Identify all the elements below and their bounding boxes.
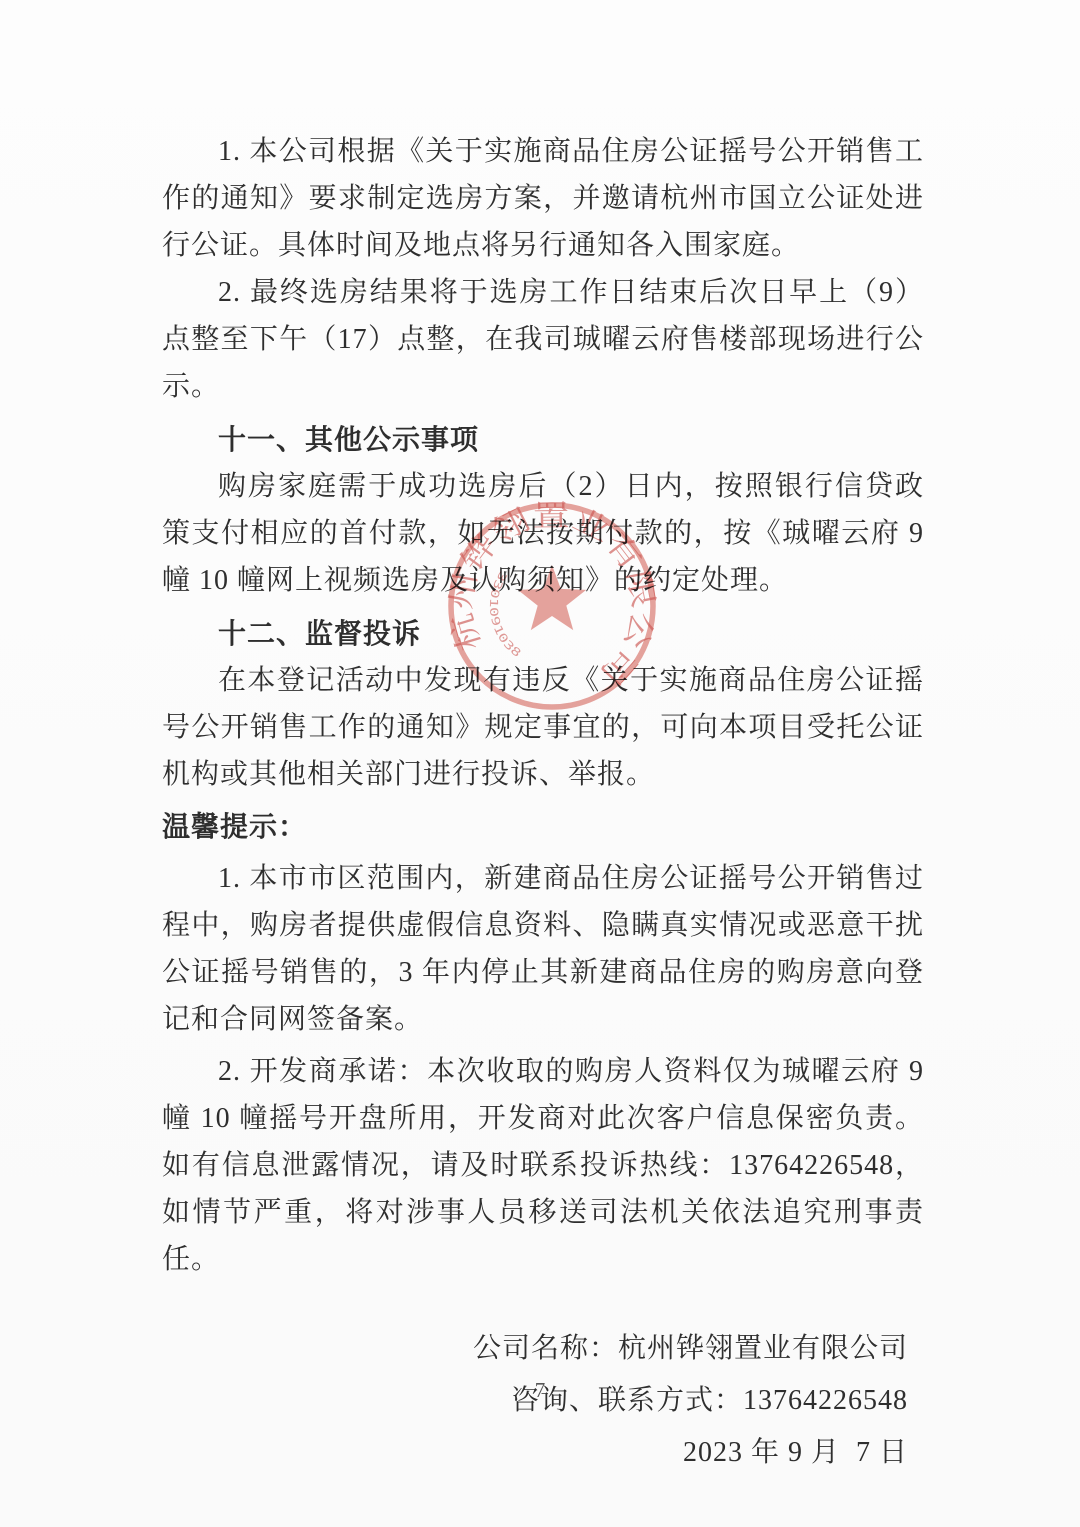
section-heading-11: 十一、其他公示事项 [162, 416, 924, 463]
paragraph-payment: 购房家庭需于成功选房后（2）日内，按照银行信贷政策支付相应的首付款，如无法按期付… [162, 463, 924, 604]
section-heading-12: 十二、监督投诉 [162, 610, 924, 657]
paragraph-tip-1: 1. 本市市区范围内，新建商品住房公证摇号公开销售过程中，购房者提供虚假信息资料… [162, 855, 924, 1043]
page-number: 7 [0, 1378, 1080, 1403]
document-body: 1. 本公司根据《关于实施商品住房公证摇号公开销售工作的通知》要求制定选房方案，… [162, 128, 924, 1479]
paragraph-notice-2: 2. 最终选房结果将于选房工作日结束后次日早上（9）点整至下午（17）点整，在我… [162, 269, 924, 410]
document-page: 1. 本公司根据《关于实施商品住房公证摇号公开销售工作的通知》要求制定选房方案，… [0, 0, 1080, 1527]
paragraph-tip-2: 2. 开发商承诺：本次收取的购房人资料仅为珹曜云府 9 幢 10 幢摇号开盘所用… [162, 1048, 924, 1283]
paragraph-notice-1: 1. 本公司根据《关于实施商品住房公证摇号公开销售工作的通知》要求制定选房方案，… [162, 128, 924, 269]
signature-company-name: 公司名称：杭州铧翎置业有限公司 [162, 1323, 908, 1375]
paragraph-complaint: 在本登记活动中发现有违反《关于实施商品住房公证摇号公开销售工作的通知》规定事宜的… [162, 657, 924, 798]
tips-label: 温馨提示： [162, 803, 924, 850]
signature-date: 2023 年 9 月 7 日 [162, 1427, 908, 1479]
